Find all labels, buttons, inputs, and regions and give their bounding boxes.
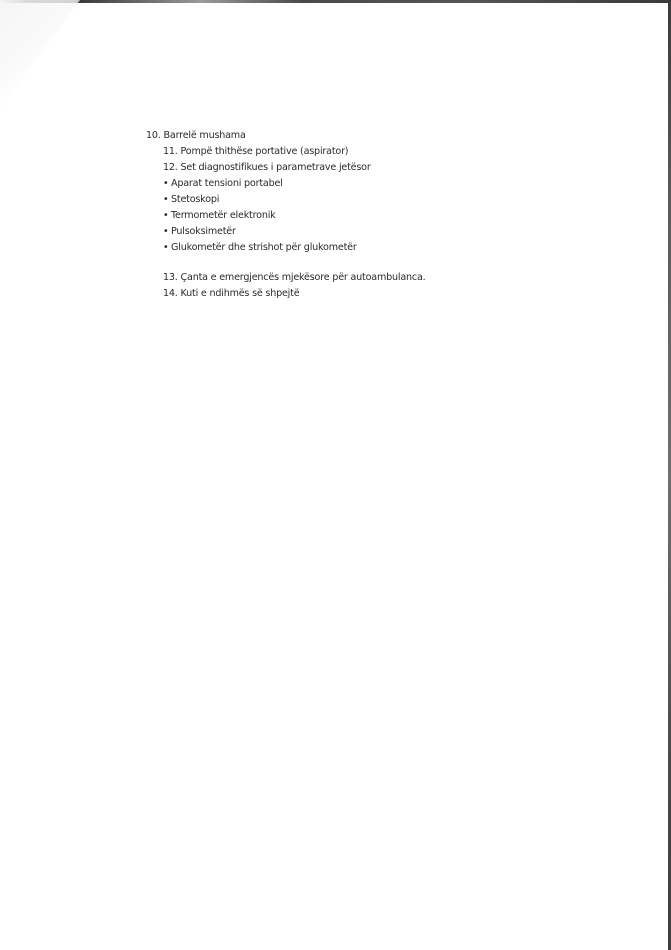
list-item-13: 13. Çanta e emergjencës mjekësore për au… (146, 270, 426, 286)
item-text: Pompë thithëse portative (aspirator) (181, 146, 349, 157)
list-item-10: 10. Barrelë mushama (146, 128, 426, 144)
item-number: 10. (146, 130, 161, 141)
item-number: 12. (163, 162, 178, 173)
bullet-item: •Pulsoksimetër (146, 224, 426, 240)
bullet-text: Pulsoksimetër (171, 226, 236, 237)
list-item-14: 14. Kuti e ndihmës së shpejtë (146, 286, 426, 302)
bullet-text: Aparat tensioni portabel (171, 178, 283, 189)
bullet-text: Termometër elektronik (171, 210, 276, 221)
item-text: Kuti e ndihmës së shpejtë (181, 288, 300, 299)
bullet-item: •Aparat tensioni portabel (146, 176, 426, 192)
bullet-icon: • (163, 176, 171, 192)
document-list: 10. Barrelë mushama 11. Pompë thithëse p… (146, 128, 426, 302)
bullet-icon: • (163, 224, 171, 240)
bullet-item: •Termometër elektronik (146, 208, 426, 224)
spacer (146, 256, 426, 270)
item-number: 13. (163, 272, 178, 283)
item-text: Çanta e emergjencës mjekësore për autoam… (181, 272, 426, 283)
list-item-11: 11. Pompë thithëse portative (aspirator) (146, 144, 426, 160)
bullet-icon: • (163, 192, 171, 208)
bullet-icon: • (163, 208, 171, 224)
bullet-item: •Stetoskopi (146, 192, 426, 208)
list-item-12: 12. Set diagnostifikues i parametrave je… (146, 160, 426, 176)
bullet-item: •Glukometër dhe strishot për glukometër (146, 240, 426, 256)
bullet-text: Glukometër dhe strishot për glukometër (171, 242, 357, 253)
bullet-text: Stetoskopi (171, 194, 219, 205)
scan-edge-top (0, 0, 671, 3)
scan-corner-shadow (0, 0, 80, 110)
item-text: Barrelë mushama (164, 130, 246, 141)
item-number: 14. (163, 288, 178, 299)
item-text: Set diagnostifikues i parametrave jetëso… (181, 162, 371, 173)
item-number: 11. (163, 146, 178, 157)
bullet-icon: • (163, 240, 171, 256)
